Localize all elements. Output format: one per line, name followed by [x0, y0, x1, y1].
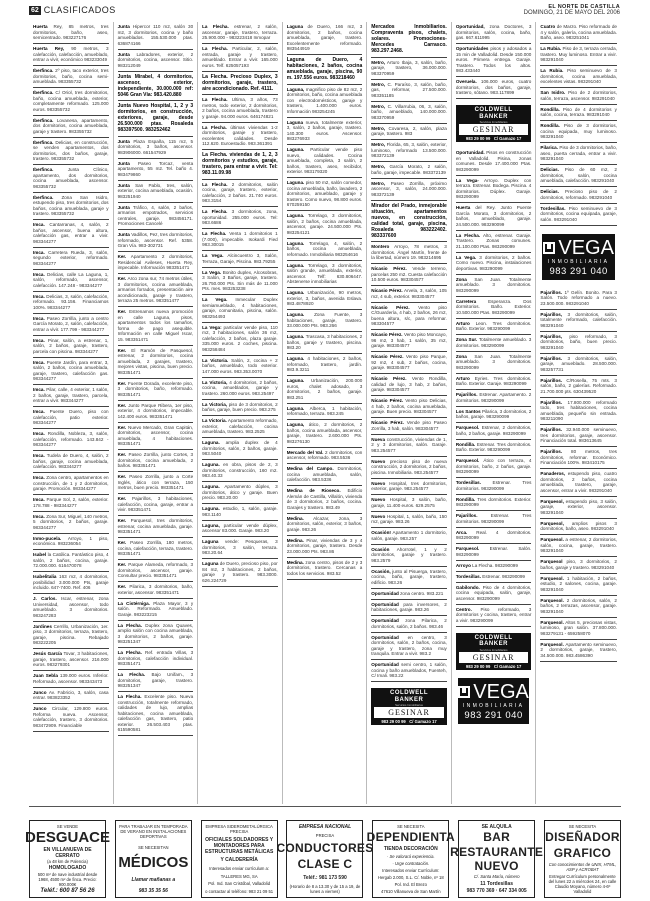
- ad-keyword: Ker.: [118, 584, 127, 589]
- ad-keyword: J. Carlos.: [33, 596, 57, 601]
- classified-ad: Laguna. Torrelago, 3 dormitorios, salón,…: [287, 211, 363, 239]
- ad-keyword: Metro,: [371, 104, 385, 109]
- classified-ad: La Flecha. Particular, 2, salón, entrada…: [202, 44, 278, 72]
- display-ad-line: PARA TRABAJAR EN TEMPORADA DE VERANO EN …: [118, 824, 189, 839]
- ad-keyword: Inmo-pucela.: [33, 536, 61, 541]
- ad-keyword: La Cistérniga.: [118, 601, 150, 606]
- ad-keyword: Junta: [118, 139, 130, 144]
- ad-text: Estrenar. 983290099: [482, 574, 525, 579]
- classified-ad: Laguna. Urbanización, 90 metros, exterio…: [287, 288, 363, 310]
- vega-subtitle: INMOBILIARIA: [542, 258, 615, 266]
- classified-ad: Ker. Fuente Dorada, excelente piso, 3 do…: [118, 379, 194, 401]
- classified-ad: Jardines Cerrillo, Urbanización, 1er. pi…: [33, 622, 109, 650]
- classified-ad: Tordesillas. Estrenar. 983290099: [456, 572, 532, 583]
- ad-text: Pilarica, 3 dormitorios, baño, exterior,…: [118, 584, 194, 595]
- ad-keyword: Delicias.: [540, 189, 559, 194]
- ad-keyword: Junta: [118, 52, 130, 57]
- classified-ad: Zona San Juan. Totalmente amueblado. 3 d…: [456, 352, 532, 374]
- classified-ad: Ker. Parque Alameda, reformado, 3 dormit…: [118, 560, 194, 582]
- page-header: 62 CLASIFICADOS EL NORTE DE CASTILLA DOM…: [0, 0, 650, 22]
- display-ad-line: Con conocimientos de UNIX, HTML, ASP y A…: [547, 862, 618, 872]
- ad-keyword: Pajarillos.: [540, 356, 562, 361]
- classified-ad: Metro, C. Villarrubia, 06, 3, salón, bañ…: [371, 102, 447, 124]
- ad-keyword: La Flecha.: [202, 182, 227, 187]
- classified-ad: Ocasión! Apartamento 1 dormitorio, salón…: [371, 528, 447, 545]
- section-divider: [29, 806, 621, 807]
- classified-ad: Ker. Estrenamos nueva promoción en calle…: [118, 307, 194, 346]
- classified-ad: J. Carlos. Iscar, estrenar, zona Univers…: [33, 594, 109, 622]
- ad-keyword: Rondilla.: [540, 123, 559, 128]
- classified-ad: Iberfinca. Zona San Isidro, estupendo pi…: [33, 193, 109, 221]
- classified-ad: Los Santos Pilarica, 3 dormitorios, 2 ba…: [456, 407, 532, 424]
- display-ad: EMPRESA NACIONALPRECISACONDUCTORESCLASE …: [286, 820, 363, 898]
- ad-text: Junto Parque Ribera, 1er piso, exterior,…: [118, 403, 194, 419]
- column-6: Oportunidad, zona Doctores, 3 dormitorio…: [452, 22, 537, 804]
- ad-text: Estrenamos nueva promoción en calle Lagu…: [118, 309, 194, 342]
- classified-ad: Medina. Pinar, viviendas de 3 y 4 dormit…: [287, 536, 363, 558]
- classified-ad: La Victoria, 4 dormitorios, 2 baños, coc…: [202, 378, 278, 400]
- classified-ad: Laguna. Zona Fuente, 3 habitaciones, gar…: [287, 310, 363, 332]
- ad-text: Apartamento 2 dormitorios, Residencial A…: [118, 254, 194, 270]
- ad-keyword: Isabel: [33, 552, 46, 557]
- classified-ad: Nicasio Pérez. Vento piso Delicias, 4 ha…: [371, 396, 447, 418]
- display-ad-line: EN VILLANUEVA DE CERRATO: [32, 847, 103, 859]
- display-ad-line: SE ALQUILA: [482, 824, 512, 830]
- classified-ad: Laguna nueva, totalmente exterior, 3, sa…: [287, 118, 363, 146]
- ad-keyword: Overuela.: [456, 79, 477, 84]
- logo-address: C/ Gamazo 17: [409, 719, 436, 724]
- ad-keyword: La Flecha.: [202, 209, 227, 214]
- classified-ad: Huerta Rey, 85 metros, tres dormitorios,…: [33, 22, 109, 44]
- ad-keyword: La Victoria,: [202, 402, 227, 407]
- classified-ad: Ker. Nuevo Mercado, Gran Capitán, dormit…: [118, 423, 194, 451]
- display-ad-line: 500 m² de nave industrial desde 1968, 45…: [32, 872, 103, 887]
- ad-keyword: La Vega.: [202, 253, 223, 258]
- ad-keyword: Parquesol.: [540, 537, 564, 542]
- classified-ad: Rondilla. Piso de 3 dormitorios, cocina …: [540, 121, 617, 143]
- display-ad-line: 47610 Villanueva de San Martín: [381, 889, 441, 894]
- classified-ad: Metro, Paseo Zorrilla, próximo ascensor,…: [371, 179, 447, 201]
- logo-name: GESINAR: [459, 124, 529, 135]
- ad-keyword: Nicasio Pérez.: [371, 398, 403, 403]
- classified-ad: La Vega- Arroyo. Duplex con terraza. Est…: [456, 176, 532, 204]
- ad-keyword: Laguna.: [287, 378, 305, 383]
- ad-keyword: Ker.: [118, 276, 127, 281]
- classified-ad: Imca. Delicias, 3, salón, calefacción, r…: [33, 292, 109, 314]
- column-7: Cuatro de Marzo. Piso reformado de 4 y s…: [536, 22, 621, 804]
- ad-keyword: Parquesol.: [540, 598, 564, 603]
- classified-ad: Ocasión Ahorrotel, 1 y 2 dormitorios, ga…: [371, 545, 447, 567]
- display-ad: SE ALQUILABARRESTAURANTENUEVOC/. Santa M…: [458, 820, 535, 898]
- column-6-ads-mid: Oportunidad. Pisos en construcción en Va…: [456, 148, 532, 583]
- ad-keyword: Jardines: [33, 624, 52, 629]
- logo-name: GESINAR: [374, 707, 444, 718]
- logo-address: C/ Gamazo 17: [494, 664, 521, 669]
- display-ad: PARA TRABAJAR EN TEMPORADA DE VERANO EN …: [115, 820, 192, 898]
- ad-keyword: Laguna: [202, 561, 218, 566]
- classified-ad: Inmo-pucela. Arroyo, 1 piso, económico. …: [33, 534, 109, 551]
- ad-keyword: Zona: [456, 354, 467, 359]
- ad-keyword: Ker.: [118, 381, 127, 386]
- classified-ad: Laguna, particular vende dúplex, ascenso…: [202, 521, 278, 538]
- ad-keyword: Junco: [33, 690, 47, 695]
- classified-ad: Junco Av. Fabricio, 3, salón, casa entra…: [33, 688, 109, 705]
- classified-ad: Overuela. 106.000 euros, cuatro dormitor…: [456, 77, 532, 99]
- ad-keyword: Medina.: [287, 560, 304, 565]
- ad-keyword: Imca.: [33, 360, 45, 365]
- classified-ad: Mercado del Val. 2 dormitorios, con asce…: [287, 448, 363, 465]
- classified-ad: Zona San Juan. Totalmente amueblado. 3 d…: [456, 275, 532, 297]
- ad-keyword: Jesús García: [33, 651, 62, 656]
- ad-keyword: Parquesol.: [540, 620, 564, 625]
- ad-keyword: La Vega.: [202, 297, 227, 302]
- classified-ad: Huerta Rey, 90 metros, 3 calefacción, ca…: [33, 44, 109, 66]
- vega-inmobiliaria-logo: VEGAINMOBILIARIA983 291 040: [458, 678, 530, 724]
- display-ad-line: TALLERES MG, SA: [221, 874, 258, 879]
- column-5-ads: Mercados Inmobiliarios. Compraventa piso…: [371, 22, 447, 682]
- ad-keyword: Iberfinca.: [33, 195, 53, 200]
- ad-keyword: La Flecha.: [118, 694, 142, 699]
- classified-ad: Pajarillos. Estrenar. Tres dormitorios. …: [456, 511, 532, 528]
- vega-house-icon: [543, 242, 555, 254]
- display-ad: EMPRESA SIDEROMETALÚRGICA PRECISAOFICIAL…: [201, 820, 278, 898]
- classified-ad: Nicasio Pérez. Vento Rondilla, calidad d…: [371, 374, 447, 396]
- ad-keyword: Laguna.: [287, 406, 305, 411]
- classified-ad: Junta Mirabel, 4 dormitorios, ascensor, …: [118, 72, 194, 102]
- ad-keyword: Rondilla.: [456, 442, 475, 447]
- classified-ad: La Flecha. Precioso Duplex, 3 dormitorio…: [202, 72, 278, 96]
- classified-ad: Ker. Arco zona sur, 74 metros útiles, 3 …: [118, 274, 194, 307]
- display-ad-line: DEPENDIENTA: [367, 831, 455, 844]
- classified-ad: Nuevo precioso piso de nueva construcció…: [371, 457, 447, 479]
- classified-ad: Iberfinca. 2º piso, taco exterior, tres …: [33, 66, 109, 88]
- ad-text: Pinar, salón, a estrenar, 1, salón, 2 ba…: [33, 338, 109, 354]
- ad-keyword: Ker.: [118, 254, 127, 259]
- classified-ad: Iberfinca. C/ Oriol, tres dormitorios, b…: [33, 88, 109, 116]
- ad-text: Real. 4 dormitorios. 983290099: [456, 530, 532, 541]
- ad-keyword: Ker.: [118, 425, 127, 430]
- ad-text: Delicias, calle La Laguna, 1, salón, ref…: [33, 272, 109, 288]
- ad-keyword: Delicias.: [540, 167, 559, 172]
- classified-ad: Rondilla. Piso de 4 dormitorios y salón,…: [540, 105, 617, 122]
- ad-keyword: Junta: [118, 205, 130, 210]
- display-ad-line: C/. Santa María, número: [474, 874, 520, 879]
- classified-ad: Pajarillos. 17.800.000 reformado todo, t…: [540, 398, 617, 426]
- ad-keyword: La Flecha.: [202, 24, 229, 29]
- classified-ad: Laguna. piso 50 m2, salón comedor, cocin…: [287, 178, 363, 211]
- ad-keyword: Zona: [456, 277, 467, 282]
- classified-ad: Mercados Inmobiliarios. Compraventa piso…: [371, 22, 447, 58]
- classified-ad: Laguna. amplia duplex de 4 dormitorios, …: [202, 438, 278, 460]
- vega-inmobiliaria-logo: VEGAINMOBILIARIA983 291 040: [542, 234, 615, 280]
- classified-ad: Delicias. Piso de 60 m2, 2 dormitorios, …: [540, 165, 617, 187]
- classified-ad: La Vega. Alcincuentro 3, Salón, Terraza,…: [202, 251, 278, 268]
- classified-ad: Metro, C. Paraíso, 3, salón, baño, gas, …: [371, 80, 447, 102]
- ad-keyword: Imca.: [33, 475, 45, 480]
- classified-ad: La Flecha. 3 dormitorios, zona, oportuni…: [202, 207, 278, 229]
- ad-keyword: Nuevo: [371, 481, 385, 486]
- ad-keyword: Zona Sur.: [456, 337, 477, 342]
- ad-keyword: Rondilla.: [540, 107, 559, 112]
- classified-ad: Tordesillas. Estrenar. Tres dormitorios.…: [456, 478, 532, 495]
- classified-ad: Laguna. estudio, 1, salón, garaje. 983.1…: [202, 504, 278, 521]
- display-ad-line: GRAFICO: [554, 847, 611, 860]
- classified-ad: Junco Circular, 129.800 euros. Reforma n…: [33, 704, 109, 732]
- display-ad-line: Interesados enviar currículum a:: [209, 866, 269, 871]
- vega-subtitle: INMOBILIARIA: [458, 702, 530, 710]
- classified-ad: Ker. El Ramón de Pasquesol, estrenar, 2 …: [118, 346, 194, 379]
- ad-keyword: Imca.: [33, 409, 45, 414]
- column-1: Huerta Rey, 85 metros, tres dormitorios,…: [29, 22, 114, 804]
- ad-keyword: Pilarica.: [540, 145, 558, 150]
- vega-row: VEGA: [458, 682, 530, 702]
- ad-keyword: La Victoria,: [202, 380, 227, 385]
- display-ad-line: Pol. Ind. San Cristóbal, Valladolid: [208, 881, 270, 886]
- column-4: Laguna de Duero, 166 m2, 3 dormitorios, …: [283, 22, 368, 804]
- ad-keyword: La Vega:: [202, 325, 222, 330]
- ad-text: Puente Duero, piso con calefacción, pati…: [33, 409, 109, 425]
- ad-keyword: Pajarillos.: [540, 378, 562, 383]
- ad-keyword: Junta: [118, 183, 130, 188]
- classified-ad: Metro, Arturo Ibaja, 3, salón, baño, gar…: [371, 58, 447, 80]
- ad-keyword: Nicasio Pérez.: [371, 288, 402, 293]
- classified-ad: La Flecha. Ultima, 3 años, 73 metros, to…: [202, 95, 278, 123]
- display-ad: SE VENDEDESGUACEEN VILLANUEVA DE CERRATO…: [29, 820, 106, 898]
- classified-ad: Juan Sebla 139.000 euros. Inferior. Refo…: [33, 671, 109, 688]
- classified-ad: Imca. Delicias, calle La Laguna, 1, saló…: [33, 270, 109, 292]
- classified-ad: Nicasio Pérez. Vento piso Moncayo, 96 m2…: [371, 330, 447, 352]
- classified-ad: Imca. Cantarranas, 4, salón, 2 baños, as…: [33, 220, 109, 248]
- classified-ad: Pajarillos. 3 dormitorios, salón, garaje…: [540, 354, 617, 376]
- ad-keyword: Arturo: [456, 376, 470, 381]
- classified-ad: Parquesol. Apartamento seminuevo, 2 dorm…: [540, 640, 617, 662]
- ad-keyword: Pajarillos.: [456, 513, 478, 518]
- ad-keyword: La Flecha.: [118, 623, 142, 628]
- ad-keyword: Metro,: [371, 60, 385, 65]
- classified-ad: Centro. Piso reformado, 3 dormitorios y …: [456, 605, 532, 627]
- display-ad-line: DISEÑADOR: [545, 831, 620, 844]
- display-ad-line: o contactar al teléfono: 983 21 09 51: [205, 889, 273, 894]
- logo-address: C/ Gamazo 17: [494, 136, 521, 141]
- classified-ad: Medina de Rioseco. Edificio Alemán de Ca…: [287, 486, 363, 514]
- ad-keyword: Iberfinca.: [33, 68, 53, 73]
- classified-ad: Parquesol. 1 habitación, 2 baños, estudi…: [540, 574, 617, 596]
- ad-keyword: La Victoria.: [202, 418, 227, 423]
- classified-ad: Imca. Zona centro, apartamentos en const…: [33, 473, 109, 495]
- vega-row: VEGA: [542, 238, 615, 258]
- classified-ad: Junta Plaza España, 115 m2, 5 dormitorio…: [118, 137, 194, 159]
- classified-ad: Pajarillos. 1º Gelín. Bonito. Para 3 Sal…: [540, 288, 617, 310]
- ad-keyword: Laguna.: [287, 263, 305, 268]
- display-ad-line: 983 770 369 · 647 334 005: [467, 888, 527, 894]
- classified-ad: Junta Hipercor 110 m2, salón 30 m2, 3 do…: [118, 22, 194, 50]
- ad-keyword: Panaderos,: [540, 471, 565, 476]
- ad-keyword: Nicasio Pérez.: [371, 332, 402, 337]
- ad-keyword: Laguna.: [287, 213, 305, 218]
- ad-text: Paseo Zorrilla, junto a Corte Inglés, át…: [118, 474, 194, 490]
- classified-ad: La Vega. Bonito duplex, Alcosobras, 3 Sa…: [202, 268, 278, 296]
- classified-ad: Nicasio Pérez. Vende terreno, parcelas 2…: [371, 264, 447, 286]
- ad-text: Parquesol, tres dormitorios, estrenar, c…: [118, 518, 194, 534]
- paper-date: DOMINGO, 21 DE MAYO DEL 2006: [524, 10, 620, 16]
- classified-ad: Ker. Junto Parque Ribera, 1er piso, exte…: [118, 401, 194, 423]
- ad-keyword: Imca.: [33, 316, 45, 321]
- logo-phone: 983 29 00 99: [381, 719, 405, 724]
- ad-keyword: Laguna.: [202, 440, 220, 445]
- display-ad-line: Y CALDERERÍA: [220, 857, 257, 863]
- classified-ad: Nicasio Pérez. Vento piso Parque, 92 m2,…: [371, 352, 447, 374]
- ad-keyword: Laguna.: [287, 180, 305, 185]
- classified-ad: La Rubia. Piso de 3, terraza cerrada, tr…: [540, 44, 617, 66]
- ad-keyword: Iberfinca.: [33, 167, 53, 172]
- ad-keyword: Parquesol,: [540, 499, 564, 504]
- classified-ad: Nicasio Pérez. Arvela, 3, salón, 105 m2,…: [371, 286, 447, 303]
- ad-keyword: Laguna: [287, 24, 303, 29]
- ad-keyword: Nuevo: [371, 514, 385, 519]
- display-ad-line: Pol. Ind. El Brezo: [395, 882, 427, 887]
- classified-ad: Pajarillos, 3 dormitorios, salón, totalm…: [540, 310, 617, 332]
- classified-ad: La Flecha. Duplex zona Quaves, amplio sa…: [118, 621, 194, 649]
- classified-ad: Metro, Covaresa, 2, salón, plaza garaje,…: [371, 124, 447, 141]
- ad-keyword: Junta: [118, 24, 130, 29]
- classified-ad: Junta Tráfico, 4, salón, 2 baños, armari…: [118, 203, 194, 231]
- classified-ad: La Flecha. Ref. entrada Villas, 3 dormit…: [118, 648, 194, 670]
- ad-text: Puente Jardín, para entrar, 3, salón, 2 …: [33, 360, 109, 382]
- display-ad-line: CLASE C: [298, 858, 353, 871]
- classified-ad: La Vega: particular vende piso, 110 m2, …: [202, 323, 278, 356]
- ad-keyword: Cuatro: [540, 24, 555, 29]
- ad-text: Nuevo Mercado, Gran Capitán, dormitorios…: [118, 425, 194, 447]
- classified-ad: Parquesol. Estrenar. Salón. 983290099: [456, 544, 532, 561]
- ad-keyword: Oportunidad: [371, 662, 399, 667]
- ad-keyword: Arturo: [456, 321, 470, 326]
- classified-ad: Laguna vende: Pesqueras, 3 dormitorios, …: [202, 537, 278, 559]
- display-ad-line: SE NECESITA: [397, 824, 424, 829]
- classified-ad: La Flecha. Excelente piso. Nueva constru…: [118, 692, 194, 736]
- ad-keyword: Nicasio Pérez.: [371, 305, 409, 310]
- ad-keyword: Oportunidades: [456, 46, 489, 51]
- classified-ad: Ker. Paseo Zorrilla, junto a Corte Inglé…: [118, 472, 194, 494]
- ad-keyword: Oportunidad: [371, 635, 399, 640]
- ad-keyword: La Flecha.: [456, 233, 480, 238]
- ad-keyword: Parquesol.: [456, 425, 480, 430]
- ad-keyword: Imca.: [33, 514, 45, 519]
- ad-text: Fuente Dorada, excelente piso, 3 dormito…: [118, 381, 194, 397]
- classified-columns: Huerta Rey, 85 metros, tres dormitorios,…: [29, 22, 621, 804]
- ad-text: Carretera Rueda, 3, salón, segundo exter…: [33, 250, 109, 266]
- ad-keyword: Pajarillos.: [540, 427, 562, 432]
- ad-keyword: La Flecha.: [202, 97, 227, 102]
- display-ad-line: BAR: [483, 831, 510, 844]
- display-ad-line: Teléf.: 600 87 56 26: [40, 888, 94, 894]
- ad-keyword: Laguna.: [287, 147, 305, 152]
- coldwell-banker-logo: COLDWELL BANKER Servicios Inmobiliarios …: [371, 688, 447, 725]
- display-ad-line: MÉDICOS: [118, 855, 188, 871]
- ad-keyword: Oportunidad,: [456, 24, 485, 29]
- display-ad-line: EMPRESA NACIONAL: [299, 824, 351, 830]
- page-number: 62: [29, 6, 41, 15]
- ad-keyword: Laguna.: [202, 484, 220, 489]
- ad-keyword: Laguna.: [202, 506, 220, 511]
- display-ad-line: 983 35 35 56: [139, 888, 168, 894]
- classified-ad: Laguna. Torrelago, 4, salón, 2 baños, co…: [287, 239, 363, 261]
- ad-keyword: La Flecha.: [202, 231, 226, 236]
- classified-ad: Nueva construcción, viviendas de 1, 2 y …: [371, 435, 447, 457]
- ad-keyword: Nuevo: [371, 497, 385, 502]
- ad-keyword: Laguna.: [287, 334, 305, 339]
- ad-keyword: Imca.: [33, 431, 45, 436]
- ad-text: Delicias, 3, salón, calefacción, reforma…: [33, 294, 109, 310]
- ad-keyword: Laguna: [202, 539, 218, 544]
- ad-keyword: Ker.: [118, 474, 127, 479]
- classified-ad: Ocasión, junto al Pisuerga, trastero, co…: [371, 567, 447, 589]
- classified-ad: La Flecha. Venta 1 dormitorios 1 (7.000)…: [202, 229, 278, 251]
- ad-keyword: Ker.: [118, 452, 127, 457]
- classified-ad: Parquesol. 2 dormitorios, salón, 2 baños…: [540, 596, 617, 618]
- classified-ad: Ker. Apartamento 2 dormitorios, Residenc…: [118, 252, 194, 274]
- classified-ad: Pajarillos. C/Rosella, 75 mts. 3 salón, …: [540, 376, 617, 398]
- ad-keyword: Pajarillos.: [540, 290, 562, 295]
- classified-ad: La Flecha. Alto, estrenar. Garaje. Trast…: [456, 231, 532, 253]
- display-ad-line: EMPRESA SIDEROMETALÚRGICA PRECISA: [204, 824, 275, 834]
- classified-ad: Nicasio Pérez. Vento piso C/Guardería, 4…: [371, 303, 447, 331]
- display-ad-line: Hergab 2.000, S.L. C/. Noble, nº 18: [378, 875, 444, 880]
- ad-keyword: Laguna,: [202, 523, 220, 528]
- ad-keyword: Arroyo: [456, 563, 471, 568]
- section-label: 62 CLASIFICADOS: [29, 5, 116, 15]
- ad-keyword: Ker.: [118, 348, 127, 353]
- ad-keyword: Tordesillas.: [540, 206, 565, 211]
- ad-keyword: Medina.: [287, 516, 304, 521]
- ad-text: Cantarranas, 4, salón, 2 baños, ascensor…: [33, 222, 109, 244]
- classified-ad: Mirador del Prado, inmejorable situación…: [371, 201, 447, 243]
- display-ad-line: Interesados enviar Currículum:: [382, 868, 439, 873]
- ad-keyword: La Vega.: [456, 255, 476, 260]
- ad-text: Rondilla, Nobleza, 3, salón, calefacción…: [33, 431, 109, 447]
- classified-ad: Medina. zona centro, pisos de 2 y 3 dorm…: [287, 558, 363, 580]
- vega-phone: 983 291 040: [542, 266, 615, 277]
- ad-text: inmejorable situación, apartamentos nuev…: [371, 203, 447, 239]
- classified-ad: Imca. Pilar, calle, 4 exterior, 1 salón,…: [33, 385, 109, 407]
- classified-ad: La Vega. Inmecular Duplex semiamueblado,…: [202, 295, 278, 323]
- classified-ad: La Flecha. viviendas de 1, 2, 3 dormitor…: [202, 150, 278, 180]
- classified-ad: Arturo Eyries. Tres dormitorios. Baño. E…: [456, 374, 532, 391]
- ad-keyword: Huerta: [33, 24, 48, 29]
- ad-keyword: Ker.: [118, 540, 127, 545]
- ad-keyword: Laguna.: [287, 241, 305, 246]
- classified-ad: Pajarillos. 80 metros, tres dormitorios,…: [540, 447, 617, 469]
- ad-keyword: Laguna.: [287, 356, 305, 361]
- classified-ad: Iberfinca. Delicias, en construcción, se…: [33, 138, 109, 166]
- vega-name: VEGA: [473, 682, 529, 702]
- ad-keyword: Metro,: [371, 126, 385, 131]
- classified-ad: Laguna, magnifico piso de 82 m2, 2 dormi…: [287, 85, 363, 118]
- classified-ad: La Flecha. Bajo Unifam., 3 dormitorios, …: [118, 670, 194, 692]
- classified-ad: Laguna. Particular vende piso nuevo, cal…: [287, 145, 363, 178]
- classified-ad: Ker. Pilarica, 3 dormitorios, baño, exte…: [118, 582, 194, 599]
- ad-keyword: Oportunidad: [371, 602, 399, 607]
- logo-phone: 983 29 00 99: [466, 136, 490, 141]
- classified-ad: Arca. Real. 4 dormitorios. 983290099: [456, 528, 532, 545]
- ad-keyword: La Rubia.: [540, 46, 561, 51]
- ad-keyword: Juan Sebla: [33, 673, 58, 678]
- classified-ad: Rondilla. Estrenar. Tres dormitorios. Ba…: [456, 440, 532, 457]
- ad-keyword: Nuevo: [371, 459, 385, 464]
- classified-ad: Medina del Campo. Dormitorios, cocina am…: [287, 464, 363, 486]
- ad-keyword: Imca.: [33, 222, 45, 227]
- ad-keyword: Medina del Campo.: [287, 466, 334, 471]
- column-6-ads-top: Oportunidad, zona Doctores, 3 dormitorio…: [456, 22, 532, 99]
